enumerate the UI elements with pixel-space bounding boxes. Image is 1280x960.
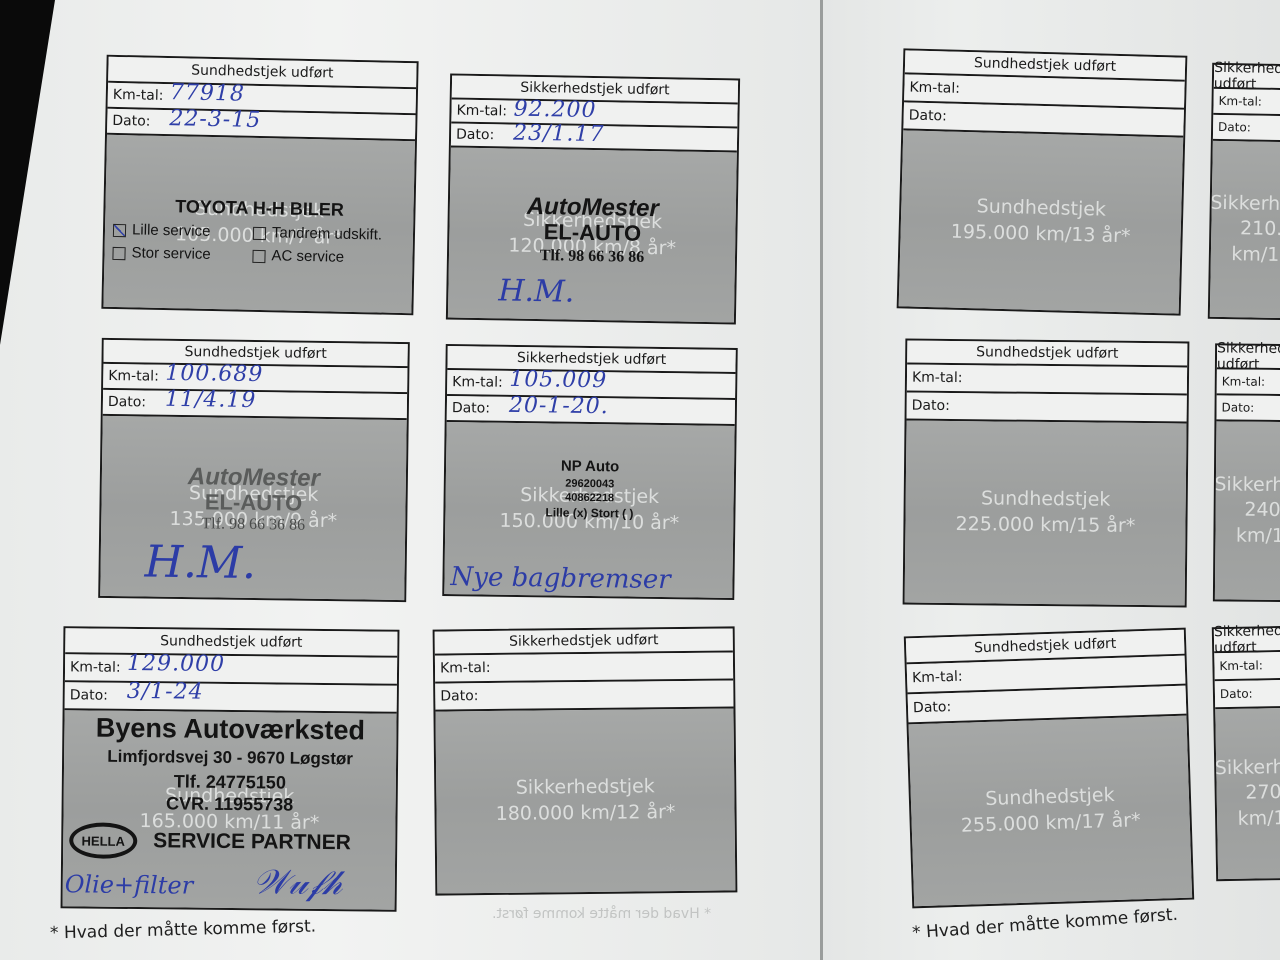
stamp-name: TOYOTA H-H BILER [105, 195, 413, 222]
service-card: Sundhedstjek udført Km-tal: Dato: Sundhe… [897, 48, 1188, 315]
km-value: 129.000 [127, 651, 225, 677]
km-value: 100.689 [165, 361, 263, 387]
card-body: Sikkerhedstjek 210.000 km/14 år* [1210, 141, 1280, 319]
option-lille-service: Lille service [113, 221, 253, 241]
card-title: Sikkerhedstjek udført [435, 628, 733, 655]
service-card: Sundhedstjek udført Km-tal:77918 Dato:22… [101, 55, 418, 315]
km-value: 77918 [170, 80, 246, 107]
watermark-interval: 270.000 km/18 år* [1216, 779, 1280, 833]
service-card: Sikkerhedstjek udført Km-tal: Dato: Sikk… [1208, 63, 1280, 321]
watermark-interval: 240.000 km/16 år* [1215, 498, 1280, 550]
km-label: Km-tal: [113, 87, 164, 104]
card-body: Sikkerhedstjek 150.000 km/10 år* NP Auto… [444, 422, 734, 598]
watermark-title: Sikkerhedstjek [1210, 190, 1280, 218]
km-label: Km-tal: [1218, 94, 1262, 109]
handwritten-note: Olie+filter [65, 870, 194, 899]
card-body: Sikkerhedstjek 180.000 km/12 år* [435, 708, 735, 893]
km-label: Km-tal: [909, 80, 960, 97]
signature: 𝒲𝓊𝒻𝒽 [253, 862, 343, 903]
stamp-address: Limfjordsvej 30 - 9670 Løgstør [64, 746, 396, 769]
watermark-title: Sikkerhedstjek [1215, 472, 1280, 499]
km-label: Km-tal: [1219, 658, 1263, 673]
watermark-interval: 180.000 km/12 år* [496, 800, 676, 828]
card-title: Sundhedstjek udført [65, 628, 397, 657]
service-card: Sundhedstjek udført Km-tal:129.000 Dato:… [61, 626, 400, 912]
date-value: 3/1-24 [127, 679, 204, 705]
card-title: Sikkerhedstjek udført [1217, 345, 1280, 370]
card-body: Sikkerhedstjek 120.000 km/8 år* AutoMest… [448, 148, 737, 323]
date-value: 23/1.17 [513, 121, 605, 148]
stamp-line2: EL-AUTO [449, 218, 735, 249]
date-label: Dato: [112, 113, 150, 130]
date-label: Dato: [452, 400, 490, 417]
signature: H.M. [144, 536, 256, 589]
card-body: Sundhedstjek 165.000 km/11 år* Byens Aut… [63, 710, 397, 909]
watermark-interval: 255.000 km/17 år* [961, 808, 1141, 839]
card-body: Sundhedstjek 105.000 km/7 år* TOYOTA H-H… [103, 135, 415, 313]
km-label: Km-tal: [1222, 374, 1265, 388]
stamp-phone: Tlf. 98 66 36 86 [449, 245, 735, 268]
watermark-title: Sikkerhedstjek [1215, 753, 1280, 781]
service-card: Sundhedstjek udført Km-tal: Dato: Sundhe… [903, 339, 1190, 608]
checkbox-checked-icon [113, 223, 126, 236]
watermark-title: Sikkerhedstjek [516, 775, 655, 802]
card-body: Sundhedstjek 195.000 km/13 år* [899, 130, 1184, 313]
watermark-interval: 195.000 km/13 år* [950, 220, 1130, 250]
service-card: Sikkerhedstjek udført Km-tal: Dato: Sikk… [1212, 625, 1280, 881]
date-label: Dato: [913, 699, 952, 716]
service-card: Sikkerhedstjek udført Km-tal: Dato: Sikk… [433, 626, 738, 895]
card-body: Sundhedstjek 255.000 km/17 år* [909, 716, 1193, 907]
card-title: Sundhedstjek udført [907, 341, 1187, 368]
km-label: Km-tal: [912, 669, 963, 687]
checkbox-icon [112, 246, 125, 259]
stamp-cvr: CVR. 11955738 [64, 792, 396, 816]
date-label: Dato: [70, 687, 108, 703]
service-card: Sundhedstjek udført Km-tal:100.689 Dato:… [98, 338, 410, 602]
km-label: Km-tal: [912, 370, 963, 387]
stamp-phone: Tlf. 24775150 [64, 770, 396, 794]
option-ac-service: AC service [252, 247, 402, 267]
option-tandrem: Tandrem udskift. [253, 224, 403, 244]
book-gutter [820, 0, 823, 960]
card-title: Sikkerhedstjek udført [1214, 627, 1280, 653]
date-label: Dato: [912, 398, 950, 414]
stamp-name: Byens Autoværksted [64, 712, 396, 746]
option-stor-service: Stor service [112, 244, 252, 264]
date-value: 20-1-20. [509, 393, 609, 419]
date-label: Dato: [1222, 400, 1255, 414]
service-card: Sikkerhedstjek udført Km-tal:105.009 Dat… [442, 344, 737, 600]
stamp-name: NP Auto [446, 456, 734, 477]
km-label: Km-tal: [108, 368, 159, 385]
checkbox-icon [252, 249, 265, 262]
card-body: Sundhedstjek 135.000 km/9 år* AutoMester… [100, 416, 406, 600]
watermark-title: Sundhedstjek [981, 487, 1111, 514]
date-label: Dato: [1220, 687, 1253, 702]
stamp-partner: SERVICE PARTNER [153, 829, 395, 856]
bleed-through-footnote: * Hvad der måtte komme først. [492, 906, 711, 922]
service-card: Sundhedstjek udført Km-tal: Dato: Sundhe… [904, 628, 1194, 909]
km-label: Km-tal: [440, 660, 491, 677]
hella-logo-icon: HELLA [69, 822, 137, 859]
date-label: Dato: [456, 127, 494, 144]
card-body: Sikkerhedstjek 270.000 km/18 år* [1215, 707, 1280, 879]
date-value: 22-3-15 [169, 106, 261, 133]
km-value: 105.009 [509, 367, 607, 393]
card-body: Sundhedstjek 225.000 km/15 år* [905, 421, 1187, 606]
checkbox-icon [253, 226, 266, 239]
card-title: Sikkerhedstjek udført [1214, 65, 1280, 91]
stamp-phone: Tlf. 98 66 36 86 [101, 514, 405, 536]
date-label: Dato: [108, 394, 146, 411]
km-label: Km-tal: [452, 374, 503, 391]
handwritten-note: Nye bagbremser [450, 562, 671, 595]
km-label: Km-tal: [70, 659, 121, 676]
date-label: Dato: [908, 107, 947, 124]
watermark-interval: 225.000 km/15 år* [955, 512, 1135, 540]
watermark-interval: 210.000 km/14 år* [1211, 216, 1280, 270]
date-value: 11/4.19 [165, 387, 257, 413]
date-label: Dato: [440, 688, 478, 704]
watermark-title: Sundhedstjek [976, 195, 1106, 224]
service-card: Sikkerhedstjek udført Km-tal: Dato: Sikk… [1213, 343, 1280, 602]
km-label: Km-tal: [456, 103, 507, 120]
date-label: Dato: [1218, 120, 1251, 135]
card-body: Sikkerhedstjek 240.000 km/16 år* [1215, 421, 1280, 600]
stamp-line3: Lille (x) Stort ( ) [445, 504, 733, 522]
km-value: 92.200 [513, 97, 596, 123]
signature: H.M. [498, 273, 575, 309]
service-card: Sikkerhedstjek udført Km-tal:92.200 Dato… [446, 73, 740, 324]
